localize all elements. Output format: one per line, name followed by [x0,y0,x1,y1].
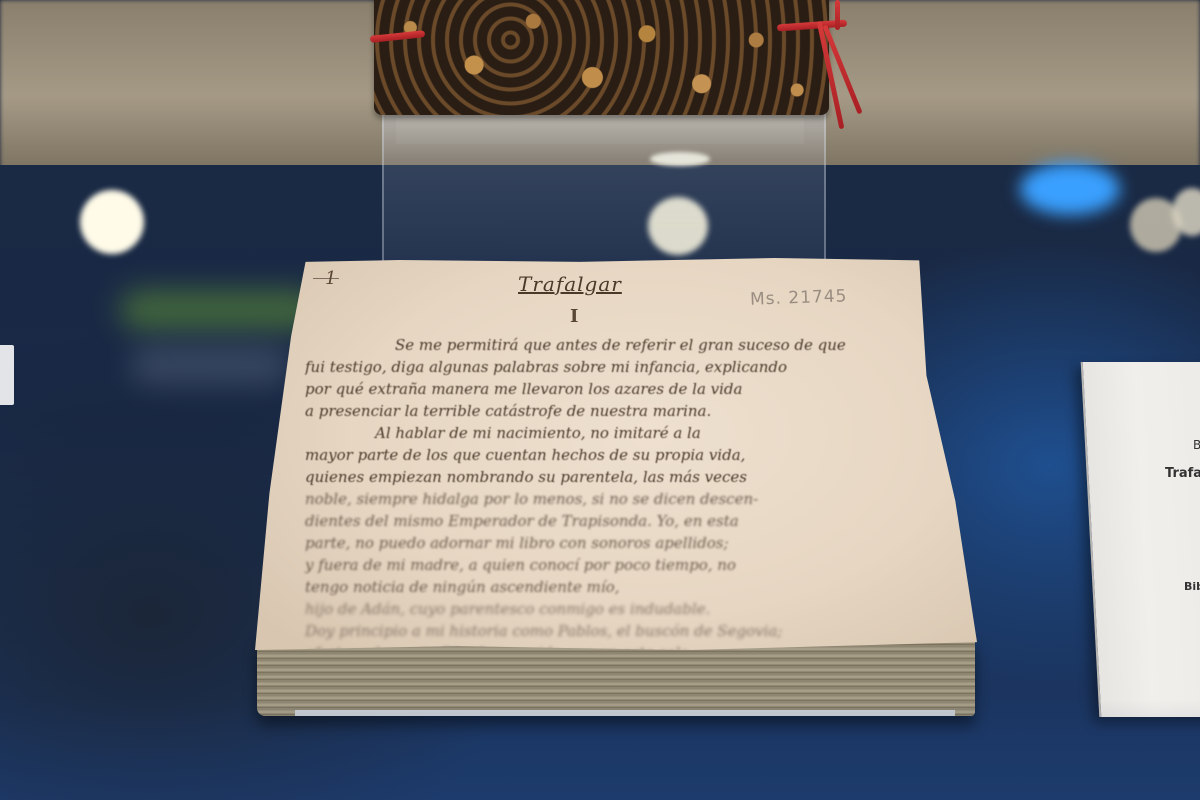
text-line: Se me permitirá que antes de referir el … [305,336,945,358]
text-line: y fuera de mi madre, a quien conocí por … [305,556,945,578]
text-line: Doy principio a mi historia como Pablos,… [305,622,945,644]
bokeh-light-left [80,190,144,254]
page-number: 1 [325,268,337,289]
text-line: a presenciar la terrible catástrofe de n… [305,402,945,424]
text-line: parte, no puedo adornar mi libro con son… [305,534,945,556]
left-label-card-edge [0,345,14,405]
text-line: mayor parte de los que cuentan hechos de… [305,446,945,468]
catalog-number: Ms. 21745 [750,286,848,309]
text-line: fui testigo, diga algunas palabras sobre… [305,358,945,380]
marbled-notebook [374,0,829,115]
exhibit-label-card [1081,362,1200,717]
ribbon-knot [835,0,840,30]
text-line: quienes empiezan nombrando su parentela,… [305,468,945,490]
manuscript: 1 Trafalgar I Ms. 21745 Se me permitirá … [255,258,977,718]
label-line-3: Bib [1184,580,1200,593]
glass-reflection [0,700,1200,800]
acrylic-stand-lip [396,118,804,144]
text-line: dientes del mismo Emperador de Trapisond… [305,512,945,534]
text-line: por qué extraña manera me llevaron los a… [305,380,945,402]
text-line: Al hablar de mi nacimiento, no imitaré a… [305,424,945,446]
manuscript-title: Trafalgar [518,272,622,296]
chapter-number: I [570,306,579,327]
label-title: Trafa [1165,466,1200,481]
museum-display-photo: 1 Trafalgar I Ms. 21745 Se me permitirá … [0,0,1200,800]
text-line: hijo de Adán, cuyo parentesco conmigo es… [305,600,945,622]
label-line-1: B [1193,438,1200,452]
bokeh-light-blue [1020,163,1120,215]
text-line: tengo noticia de ningún ascendiente mío, [305,578,945,600]
manuscript-top-page: 1 Trafalgar I Ms. 21745 Se me permitirá … [255,258,977,650]
text-line: noble, siempre hidalga por lo menos, si … [305,490,945,512]
